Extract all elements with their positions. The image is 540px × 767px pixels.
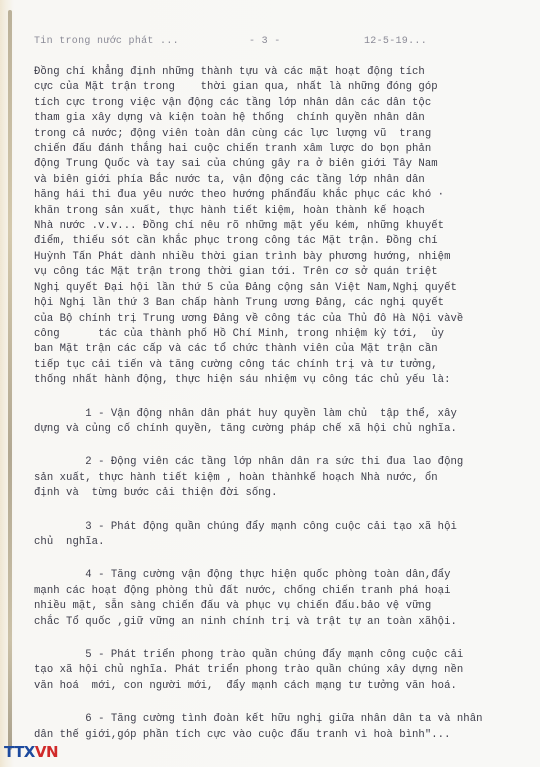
paragraph-gap: [34, 389, 504, 407]
text-line: vụ công tác Mặt trận trong thời gian tới…: [34, 265, 504, 280]
text-line: 1 - Vận động nhân dân phát huy quyền làm…: [34, 407, 504, 422]
task-item-5: 5 - Phát triển phong trào quần chúng đẩy…: [34, 648, 504, 694]
text-line: khăn trong sản xuất, thực hành tiết kiệm…: [34, 204, 504, 219]
text-line: 4 - Tăng cường vận động thực hiện quốc p…: [34, 568, 504, 583]
text-line: dựng và củng cố chính quyền, tăng cường …: [34, 422, 504, 437]
header-date: 12-5-19...: [364, 36, 427, 47]
text-line: Nhà nước .v.v... Đồng chí nêu rõ những m…: [34, 219, 504, 234]
text-line: Đồng chí khẳng định những thành tựu và c…: [34, 65, 504, 80]
text-line: điểm, thiếu sót cần khắc phục trong công…: [34, 234, 504, 249]
text-line: chắc Tổ quốc ,giữ vững an ninh chính trị…: [34, 615, 504, 630]
task-item-1: 1 - Vận động nhân dân phát huy quyền làm…: [34, 407, 504, 438]
text-line: 3 - Phát động quần chúng đẩy mạnh công c…: [34, 520, 504, 535]
logo-text-vn: VN: [35, 743, 58, 761]
task-item-4: 4 - Tăng cường vận động thực hiện quốc p…: [34, 568, 504, 630]
text-line: văn hoá mới, con người mới, đẩy mạnh các…: [34, 679, 504, 694]
text-line: Nghị quyết Đại hội lần thứ 5 của Đảng cộ…: [34, 281, 504, 296]
text-line: định và từng bước cải thiện đời sống.: [34, 486, 504, 501]
paragraph-gap: [34, 630, 504, 648]
text-line: 5 - Phát triển phong trào quần chúng đẩy…: [34, 648, 504, 663]
task-item-6: 6 - Tăng cường tình đoàn kết hữu nghị gi…: [34, 712, 504, 743]
intro-paragraph: Đồng chí khẳng định những thành tựu và c…: [34, 65, 504, 389]
header-source: Tin trong nước phát ...: [34, 36, 179, 47]
document-body: Đồng chí khẳng định những thành tựu và c…: [34, 65, 504, 743]
task-item-3: 3 - Phát động quần chúng đẩy mạnh công c…: [34, 520, 504, 551]
text-line: thống nhất hành động, thực hiện sáu nhiệ…: [34, 373, 504, 388]
text-line: nhiều mặt, sẵn sàng chiến đấu và phục vụ…: [34, 599, 504, 614]
text-line: trong cả nước; động viên toàn dân cùng c…: [34, 127, 504, 142]
text-line: mạnh các hoạt động phòng thủ đất nước, c…: [34, 584, 504, 599]
text-line: cực của Mặt trận trong thời gian qua, nh…: [34, 80, 504, 95]
text-line: và biên giới phía Bắc nước ta, vận động …: [34, 173, 504, 188]
text-line: sản xuất, thực hành tiết kiệm , hoàn thà…: [34, 471, 504, 486]
text-line: của Bộ chính trị Trung ương Đảng về công…: [34, 312, 504, 327]
text-line: chiến đấu đánh thắng hai cuộc chiến tran…: [34, 142, 504, 157]
text-line: dân thế giới,góp phần tích cực vào cuộc …: [34, 728, 504, 743]
text-line: tiếp tục cải tiến và tăng cường công tác…: [34, 358, 504, 373]
text-line: công tác của thành phố Hồ Chí Minh, tron…: [34, 327, 504, 342]
text-line: tạo xã hội chủ nghĩa. Phát triển phong t…: [34, 663, 504, 678]
text-line: Huỳnh Tấn Phát dành nhiều thời gian trìn…: [34, 250, 504, 265]
text-line: hăng hái thi đua yêu nước theo hướng phấ…: [34, 188, 504, 203]
paragraph-gap: [34, 694, 504, 712]
task-item-2: 2 - Động viên các tầng lớp nhân dân ra s…: [34, 455, 504, 501]
document-page: Tin trong nước phát ... - 3 - 12-5-19...…: [0, 0, 540, 767]
text-line: động Trung Quốc và tay sai của chúng gây…: [34, 157, 504, 172]
ttxvn-logo: TTXVN: [4, 743, 58, 761]
text-line: chủ nghĩa.: [34, 535, 504, 550]
text-line: 6 - Tăng cường tình đoàn kết hữu nghị gi…: [34, 712, 504, 727]
paragraph-gap: [34, 437, 504, 455]
torn-paper-edge: [8, 10, 12, 750]
text-line: 2 - Động viên các tầng lớp nhân dân ra s…: [34, 455, 504, 470]
text-line: tích cực trong việc vận động các tầng lớ…: [34, 96, 504, 111]
paragraph-gap: [34, 550, 504, 568]
header-page-number: - 3 -: [249, 36, 281, 47]
text-line: hội Nghị lần thứ 3 Ban chấp hành Trung ư…: [34, 296, 504, 311]
text-line: ban Mặt trận các cấp và các tổ chức thàn…: [34, 342, 504, 357]
logo-text-ttx: TTX: [4, 743, 35, 761]
paragraph-gap: [34, 502, 504, 520]
text-line: tham gia xây dựng và kiện toàn hệ thống …: [34, 111, 504, 126]
